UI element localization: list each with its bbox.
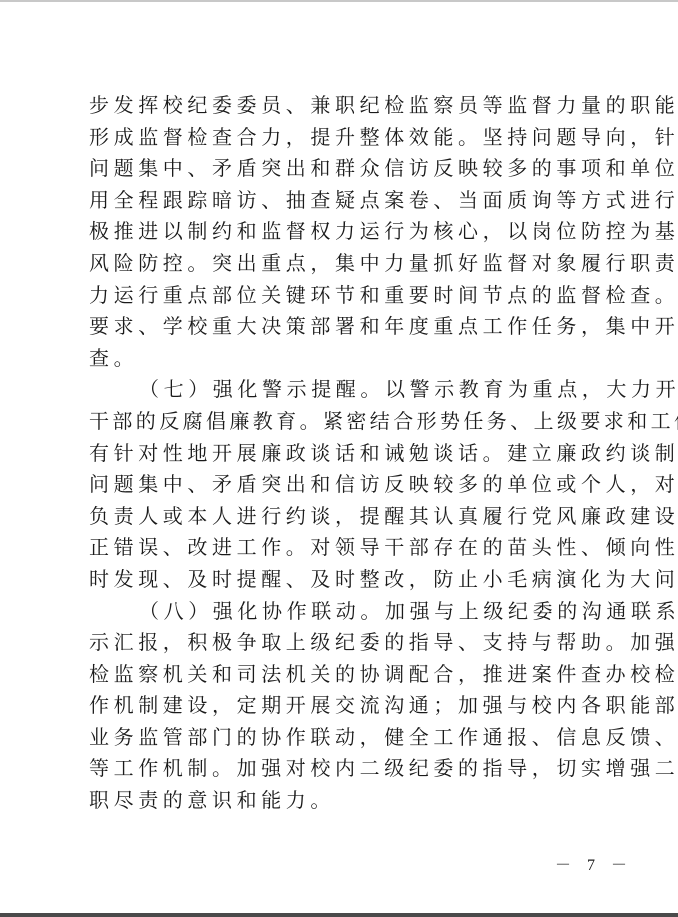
page-number: － 7 － xyxy=(555,852,633,875)
text-line: 负责人或本人进行约谈，提醒其认真履行党风廉政建设责任，改 xyxy=(89,501,594,533)
text-line: 问题集中、矛盾突出和信访反映较多的单位或个人，对单位主要 xyxy=(89,469,594,501)
text-line: 用全程跟踪暗访、抽查疑点案卷、当面质询等方式进行监督。积 xyxy=(89,185,594,217)
text-line: 问题集中、矛盾突出和群众信访反映较多的事项和单位，灵活采 xyxy=(89,153,594,185)
text-line: 形成监督检查合力，提升整体效能。坚持问题导向，针对工作中 xyxy=(89,122,594,154)
text-line: 查。 xyxy=(89,343,594,375)
text-line: 极推进以制约和监督权力运行为核心，以岗位防控为基础的廉政 xyxy=(89,216,594,248)
text-line: 干部的反腐倡廉教育。紧密结合形势任务、上级要求和工作实际， xyxy=(89,406,594,438)
text-line: 正错误、改进工作。对领导干部存在的苗头性、倾向性问题，及 xyxy=(89,532,594,564)
text-line: 要求、学校重大决策部署和年度重点工作任务，集中开展监督检 xyxy=(89,311,594,343)
text-line: 检监察机关和司法机关的协调配合，推进案件查办校检、校院合 xyxy=(89,659,594,691)
text-line: 力运行重点部位关键环节和重要时间节点的监督检查。围绕上级 xyxy=(89,280,594,312)
bottom-border xyxy=(0,913,678,917)
text-line: 职尽责的意识和能力。 xyxy=(89,785,594,817)
text-line: 作机制建设，定期开展交流沟通；加强与校内各职能部门特别是 xyxy=(89,690,594,722)
section-heading-line: （八）强化协作联动。加强与上级纪委的沟通联系，主动请 xyxy=(89,596,594,628)
text-line: 时发现、及时提醒、及时整改，防止小毛病演化为大问题。 xyxy=(89,564,594,596)
text-line: 步发挥校纪委委员、兼职纪检监察员等监督力量的职能和作用， xyxy=(89,90,594,122)
text-line: 业务监管部门的协作联动，健全工作通报、信息反馈、联合办案 xyxy=(89,722,594,754)
document-body: 步发挥校纪委委员、兼职纪检监察员等监督力量的职能和作用， 形成监督检查合力，提升… xyxy=(89,90,594,817)
top-border xyxy=(0,0,678,2)
text-line: 风险防控。突出重点，集中力量抓好监督对象履行职责情况、权 xyxy=(89,248,594,280)
text-line: 等工作机制。加强对校内二级纪委的指导，切实增强二级纪委履 xyxy=(89,753,594,785)
section-heading-line: （七）强化警示提醒。以警示教育为重点，大力开展对领导 xyxy=(89,374,594,406)
text-line: 示汇报，积极争取上级纪委的指导、支持与帮助。加强与地方纪 xyxy=(89,627,594,659)
text-line: 有针对性地开展廉政谈话和诫勉谈话。建立廉政约谈制度，针对 xyxy=(89,438,594,470)
